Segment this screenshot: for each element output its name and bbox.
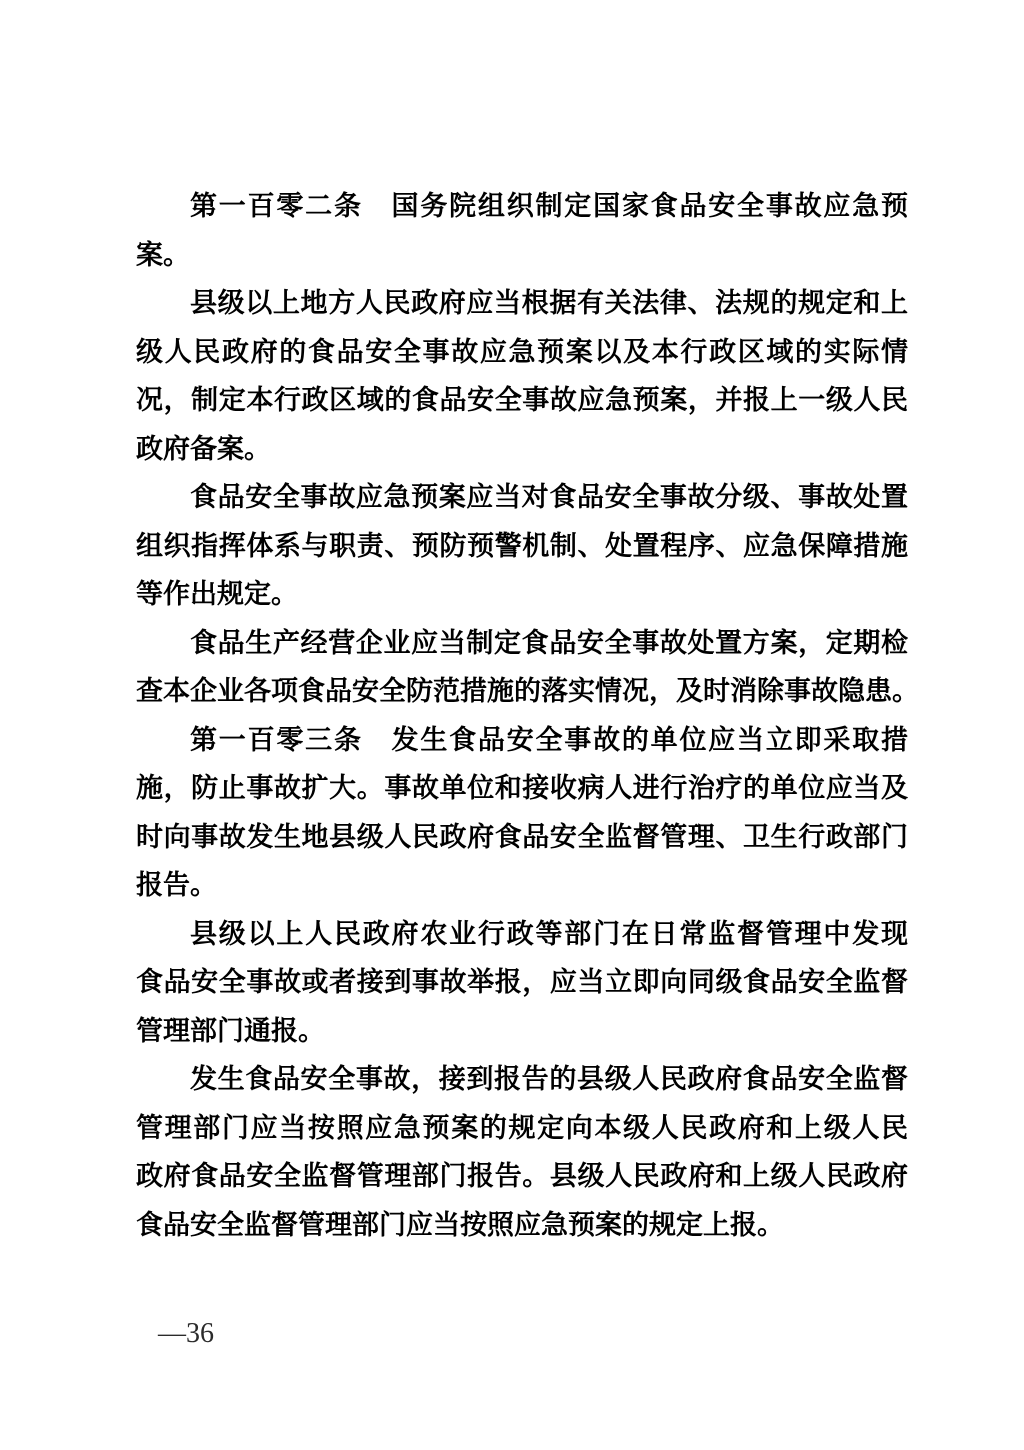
article-103-paragraph-2: 县级以上人民政府农业行政等部门在日常监督管理中发现食品安全事故或者接到事故举报，… (136, 910, 908, 1056)
text-line: 政府备案。 (136, 425, 908, 474)
article-102-paragraph-4: 食品生产经营企业应当制定食品安全事故处置方案，定期检查本企业各项食品安全防范措施… (136, 619, 908, 716)
article-102-paragraph-3: 食品安全事故应急预案应当对食品安全事故分级、事故处置组织指挥体系与职责、预防预警… (136, 473, 908, 619)
text-line: 报告。 (136, 861, 908, 910)
text-line: 食品安全事故应急预案应当对食品安全事故分级、事故处置 (136, 473, 908, 522)
text-line: 查本企业各项食品安全防范措施的落实情况，及时消除事故隐患。 (136, 667, 908, 716)
article-102-paragraph-2: 县级以上地方人民政府应当根据有关法律、法规的规定和上级人民政府的食品安全事故应急… (136, 279, 908, 473)
article-103-paragraph-3: 发生食品安全事故，接到报告的县级人民政府食品安全监督管理部门应当按照应急预案的规… (136, 1055, 908, 1249)
article-103-opening: 第一百零三条 发生食品安全事故的单位应当立即采取措施，防止事故扩大。事故单位和接… (136, 716, 908, 910)
text-line: 施，防止事故扩大。事故单位和接收病人进行治疗的单位应当及 (136, 764, 908, 813)
text-line: 县级以上人民政府农业行政等部门在日常监督管理中发现 (136, 910, 908, 959)
document-body: 第一百零二条 国务院组织制定国家食品安全事故应急预案。县级以上地方人民政府应当根… (136, 182, 908, 1249)
text-line: 况，制定本行政区域的食品安全事故应急预案，并报上一级人民 (136, 376, 908, 425)
text-line: 第一百零二条 国务院组织制定国家食品安全事故应急预 (136, 182, 908, 231)
text-line: 管理部门通报。 (136, 1007, 908, 1056)
text-line: 等作出规定。 (136, 570, 908, 619)
text-line: 级人民政府的食品安全事故应急预案以及本行政区域的实际情 (136, 328, 908, 377)
text-line: 县级以上地方人民政府应当根据有关法律、法规的规定和上 (136, 279, 908, 328)
text-line: 组织指挥体系与职责、预防预警机制、处置程序、应急保障措施 (136, 522, 908, 571)
document-page: 第一百零二条 国务院组织制定国家食品安全事故应急预案。县级以上地方人民政府应当根… (0, 0, 1024, 1450)
text-line: 政府食品安全监督管理部门报告。县级人民政府和上级人民政府 (136, 1152, 908, 1201)
text-line: 食品安全事故或者接到事故举报，应当立即向同级食品安全监督 (136, 958, 908, 1007)
text-line: 食品安全监督管理部门应当按照应急预案的规定上报。 (136, 1201, 908, 1250)
article-102-opening: 第一百零二条 国务院组织制定国家食品安全事故应急预案。 (136, 182, 908, 279)
page-number: —36 (158, 1318, 214, 1350)
text-line: 食品生产经营企业应当制定食品安全事故处置方案，定期检 (136, 619, 908, 668)
text-line: 发生食品安全事故，接到报告的县级人民政府食品安全监督 (136, 1055, 908, 1104)
text-line: 管理部门应当按照应急预案的规定向本级人民政府和上级人民 (136, 1104, 908, 1153)
text-line: 时向事故发生地县级人民政府食品安全监督管理、卫生行政部门 (136, 813, 908, 862)
text-line: 案。 (136, 231, 908, 280)
text-line: 第一百零三条 发生食品安全事故的单位应当立即采取措 (136, 716, 908, 765)
